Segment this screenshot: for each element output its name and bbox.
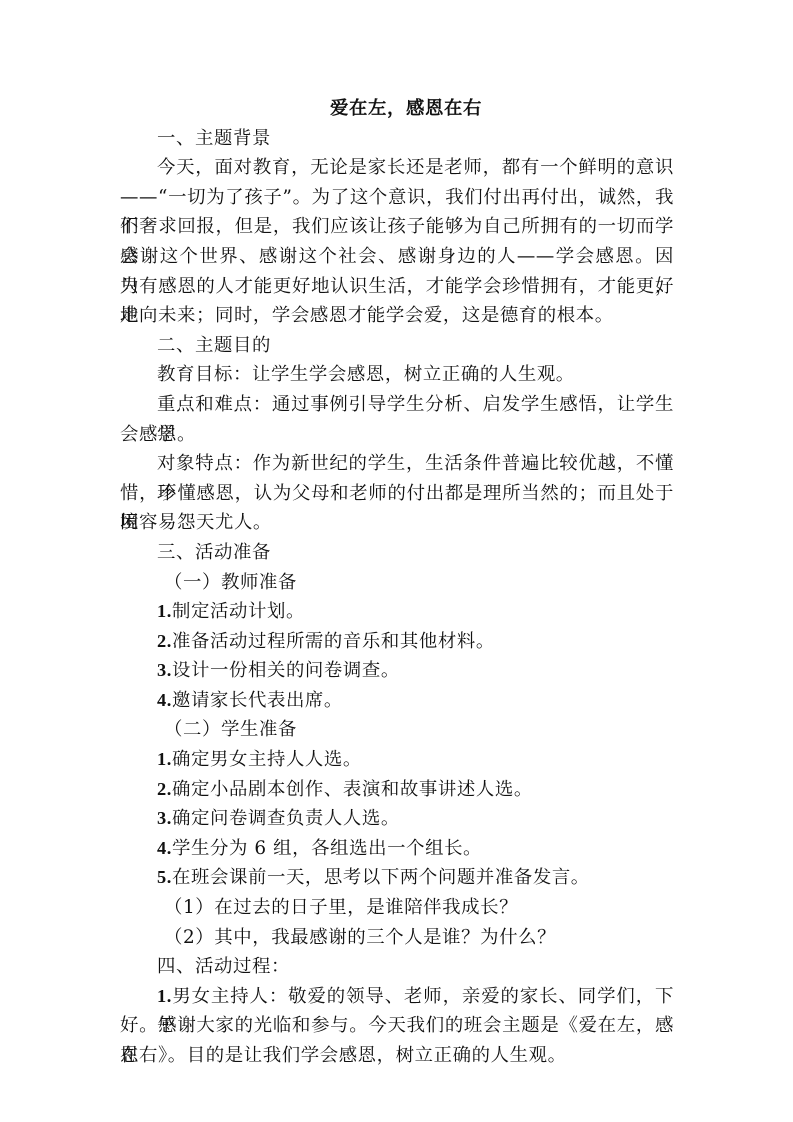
section-heading-preparation: 三、活动准备 (120, 538, 674, 568)
paragraph-line: 惜，不懂感恩，认为父母和老师的付出都是理所当然的；而且处于困 (120, 479, 674, 509)
paragraph-line: 今天，面对教育，无论是家长还是老师，都有一个鲜明的意识 (120, 153, 674, 183)
item-number: 2. (157, 631, 172, 651)
document-page: 爱在左，感恩在右 一、主题背景 今天，面对教育，无论是家长还是老师，都有一个鲜明… (120, 94, 674, 1071)
question-item: （1）在过去的日子里，是谁陪伴我成长？ (120, 893, 674, 923)
item-text: 准备活动过程所需的音乐和其他材料。 (172, 631, 495, 652)
paragraph-line: 对象特点：作为新世纪的学生，生活条件普遍比较优越，不懂珍 (120, 449, 674, 479)
item-text: 确定男女主持人人选。 (172, 749, 362, 770)
list-item: 3.设计一份相关的问卷调查。 (120, 656, 674, 686)
item-text: 在班会课前一天，思考以下两个问题并准备发言。 (172, 867, 590, 888)
list-item: 2.确定小品剧本创作、表演和故事讲述人选。 (120, 775, 674, 805)
paragraph-line: 感谢这个世界、感谢这个社会、感谢身边的人——学会感恩。因为， (120, 242, 674, 272)
list-item: 1.确定男女主持人人选。 (120, 745, 674, 775)
paragraph-line: 只有感恩的人才能更好地认识生活，才能学会珍惜拥有，才能更好地 (120, 272, 674, 302)
paragraph-line: 会感恩。 (120, 420, 674, 450)
item-number: 1. (157, 749, 172, 769)
item-number: 1. (157, 601, 172, 621)
paragraph-line: 重点和难点：通过事例引导学生分析、启发学生感悟，让学生学 (120, 390, 674, 420)
item-text: 制定活动计划。 (172, 601, 305, 622)
item-text: 确定问卷调查负责人人选。 (172, 808, 400, 829)
item-text: 设计一份相关的问卷调查。 (172, 660, 400, 681)
list-item: 4.邀请家长代表出席。 (120, 686, 674, 716)
list-item: 1.制定活动计划。 (120, 597, 674, 627)
paragraph-line: 境容易怨天尤人。 (120, 508, 674, 538)
section-heading-purpose: 二、主题目的 (120, 331, 674, 361)
item-number: 1. (157, 986, 172, 1006)
paragraph-line: ——“一切为了孩子”。为了这个意识，我们付出再付出，诚然，我们 (120, 183, 674, 213)
list-item: 2.准备活动过程所需的音乐和其他材料。 (120, 627, 674, 657)
item-number: 2. (157, 779, 172, 799)
section-heading-process: 四、活动过程： (120, 952, 674, 982)
item-text: 邀请家长代表出席。 (172, 690, 343, 711)
question-item: （2）其中，我最感谢的三个人是谁？为什么？ (120, 923, 674, 953)
item-number: 5. (157, 867, 172, 887)
item-number: 4. (157, 690, 172, 710)
list-item: 5.在班会课前一天，思考以下两个问题并准备发言。 (120, 863, 674, 893)
section-heading-background: 一、主题背景 (120, 124, 674, 154)
paragraph-line: 不奢求回报，但是，我们应该让孩子能够为自己所拥有的一切而学会 (120, 212, 674, 242)
education-goal: 教育目标：让学生学会感恩，树立正确的人生观。 (120, 360, 674, 390)
list-item: 4.学生分为 6 组，各组选出一个组长。 (120, 834, 674, 864)
document-title: 爱在左，感恩在右 (120, 94, 674, 124)
subheading-student: （二）学生准备 (120, 715, 674, 745)
paragraph-line: 1.男女主持人：敬爱的领导、老师，亲爱的家长、同学们，下午 (120, 982, 674, 1012)
list-item: 3.确定问卷调查负责人人选。 (120, 804, 674, 834)
paragraph-line: 好。感谢大家的光临和参与。今天我们的班会主题是《爱在左，感恩 (120, 1011, 674, 1041)
subheading-teacher: （一）教师准备 (120, 568, 674, 598)
item-text: 确定小品剧本创作、表演和故事讲述人选。 (172, 779, 533, 800)
paragraph-line: 走向未来；同时，学会感恩才能学会爱，这是德育的根本。 (120, 301, 674, 331)
paragraph-line: 在右》。目的是让我们学会感恩，树立正确的人生观。 (120, 1041, 674, 1071)
item-number: 3. (157, 660, 172, 680)
item-number: 3. (157, 808, 172, 828)
item-text: 学生分为 6 组，各组选出一个组长。 (172, 838, 482, 859)
item-number: 4. (157, 838, 172, 858)
